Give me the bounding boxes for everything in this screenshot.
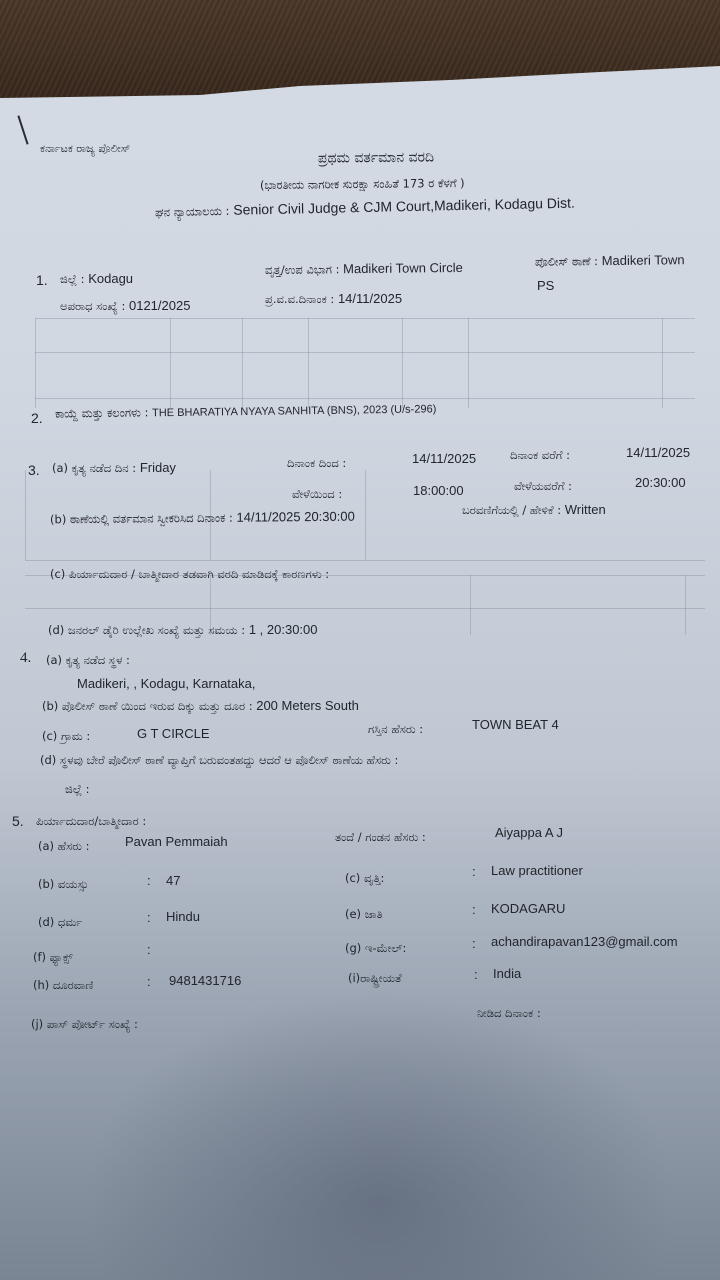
caste-colon: :: [472, 902, 476, 917]
fir-document: ಕರ್ನಾಟಕ ರಾಜ್ಯ ಪೊಲೀಸ್ ಪ್ರಥಮ ವರ್ತಮಾನ ವರದಿ …: [0, 0, 720, 1280]
religion-label: (d) ಧರ್ಮ: [38, 914, 82, 930]
crime-number-field: ಅಪರಾಧ ಸಂಖ್ಯೆ : 0121/2025: [60, 298, 190, 314]
district-value: Kodagu: [88, 271, 133, 286]
station-value: Madikeri Town: [602, 252, 685, 268]
circle-field: ವೃತ್ತ/ಉಪ ವಿಭಾಗ : Madikeri Town Circle: [265, 260, 463, 278]
age-label-text: (b) ವಯಸ್ಸು: [38, 877, 89, 891]
other-district-label: ಜಿಲ್ಲೆ :: [65, 782, 90, 797]
date-to-value: 14/11/2025: [626, 445, 690, 460]
name-value: Pavan Pemmaiah: [125, 834, 228, 849]
occupation-value: Law practitioner: [491, 863, 583, 878]
name-label-text: (a) ಹೆಸರು :: [38, 839, 89, 853]
incident-place-field: (a) ಕೃತ್ಯ ನಡೆದ ಸ್ಥಳ :: [46, 652, 130, 668]
bleed-grid-line: [25, 560, 705, 561]
bleed-grid-line: [470, 575, 471, 635]
section-3-number: 3.: [28, 462, 40, 478]
name-label: (a) ಹೆಸರು :: [38, 838, 89, 854]
nationality-label: (i)ರಾಷ್ಟ್ರೀಯತೆ: [348, 970, 402, 986]
court-label: ಘನ ನ್ಯಾಯಾಲಯ :: [155, 204, 230, 220]
father-name-label: ತಂದೆ / ಗಂಡನ ಹೆಸರು :: [335, 830, 426, 845]
bleed-grid-line: [25, 470, 26, 560]
date-from-label: ದಿನಾಂಕ ದಿಂದ :: [287, 456, 346, 471]
fir-date-label: ಪ್ರ.ವ.ವ.ದಿನಾಂಕ :: [265, 292, 338, 306]
bleed-grid-line: [365, 470, 366, 560]
time-to-value: 20:30:00: [635, 475, 686, 490]
other-station-field: (d) ಸ್ಥಳವು ಬೇರೆ ಪೊಲೀಸ್ ಠಾಣೆ ವ್ಯಾಪ್ತಿಗೆ ಬ…: [40, 752, 398, 768]
circle-label: ವೃತ್ತ/ಉಪ ವಿಭಾಗ :: [265, 262, 343, 277]
caste-label-text: (e) ಜಾತಿ: [345, 907, 383, 921]
court-value: Senior Civil Judge & CJM Court,Madikeri,…: [233, 195, 575, 218]
bleed-grid-line: [35, 318, 36, 408]
incident-place-value: Madikeri, , Kodagu, Karnataka,: [77, 676, 256, 691]
phone-value: 9481431716: [169, 973, 241, 988]
incident-place-label: (a) ಕೃತ್ಯ ನಡೆದ ಸ್ಥಳ :: [46, 653, 130, 667]
received-date-field: (b) ಠಾಣೆಯಲ್ಲಿ ವರ್ತಮಾನ ಸ್ವೀಕರಿಸಿದ ದಿನಾಂಕ …: [50, 509, 355, 528]
bleed-grid-line: [25, 608, 705, 609]
time-from-value: 18:00:00: [413, 483, 464, 498]
bleed-grid-line: [402, 318, 403, 408]
report-mode-value: Written: [565, 502, 606, 517]
section-5-number: 5.: [12, 813, 24, 829]
incident-day-field: (a) ಕೃತ್ಯ ನಡೆದ ದಿನ : Friday: [52, 460, 176, 476]
report-mode-field: ಬರವಣಿಗೆಯಲ್ಲಿ / ಹೇಳಿಕೆ : Written: [462, 502, 606, 518]
phone-label-text: (h) ದೂರವಾಣಿ: [33, 978, 93, 992]
time-from-label: ವೇಳೆಯಿಂದ :: [292, 487, 342, 502]
religion-colon: :: [147, 910, 151, 925]
bleed-grid-line: [662, 318, 663, 408]
circle-value: Madikeri Town Circle: [343, 260, 463, 276]
village-field: (c) ಗ್ರಾಮ :: [42, 728, 90, 744]
caste-label: (e) ಜಾತಿ: [345, 906, 383, 922]
bleed-grid-line: [35, 398, 695, 399]
received-date-value: 14/11/2025 20:30:00: [236, 509, 354, 525]
bleed-grid-line: [35, 318, 695, 319]
date-from-value: 14/11/2025: [412, 451, 476, 466]
passport-issued-date-label: ನೀಡಿದ ದಿನಾಂಕ :: [477, 1006, 541, 1021]
station-label: ಪೊಲೀಸ್ ಠಾಣೆ :: [535, 254, 602, 269]
village-label: (c) ಗ್ರಾಮ :: [42, 729, 90, 743]
occupation-colon: :: [472, 864, 476, 879]
beat-label: ಗಸ್ತಿನ ಹೆಸರು :: [368, 722, 423, 737]
complainant-heading: ಪಿರ್ಯಾದುದಾರ/ಬಾತ್ಮೀದಾರ :: [36, 814, 146, 829]
passport-label: (j) ಪಾಸ್ ಪೋರ್ಟ್ ಸಂಖ್ಯೆ :: [31, 1016, 138, 1032]
fir-date-field: ಪ್ರ.ವ.ವ.ದಿನಾಂಕ : 14/11/2025: [265, 291, 402, 307]
fax-colon: :: [147, 942, 151, 957]
email-label-text: (g) ಇ-ಮೇಲ್:: [345, 941, 406, 955]
crime-number-label: ಅಪರಾಧ ಸಂಖ್ಯೆ :: [60, 299, 129, 313]
district-field: ಜಿಲ್ಲೆ : Kodagu: [60, 271, 133, 287]
occupation-label: (c) ವೃತ್ತಿ:: [345, 870, 384, 886]
report-mode-label: ಬರವಣಿಗೆಯಲ್ಲಿ / ಹೇಳಿಕೆ :: [462, 503, 565, 517]
bleed-grid-line: [308, 318, 309, 408]
bleed-grid-line: [35, 352, 695, 353]
religion-value: Hindu: [166, 909, 200, 924]
caste-value: KODAGARU: [491, 901, 565, 916]
general-diary-field: (d) ಜನರಲ್ ಡೈರಿ ಉಲ್ಲೇಖ ಸಂಖ್ಯೆ ಮತ್ತು ಸಮಯ :…: [48, 622, 318, 638]
date-to-label: ದಿನಾಂಕ ವರೆಗೆ :: [510, 448, 570, 463]
bleed-grid-line: [685, 575, 686, 635]
pen-mark: [17, 115, 28, 144]
village-value: G T CIRCLE: [137, 726, 209, 741]
age-colon: :: [147, 873, 151, 888]
phone-label: (h) ದೂರವಾಣಿ: [33, 977, 93, 993]
section-4-number: 4.: [20, 650, 31, 667]
act-sections-field: ಕಾಯ್ದೆ ಮತ್ತು ಕಲಂಗಳು : THE BHARATIYA NYAY…: [55, 401, 437, 421]
subtitle-text: (ಭಾರತೀಯ ನಾಗರೀಕ ಸುರಕ್ಷಾ ಸಂಹಿತೆ 173 ರ ಕೆಳಗ…: [260, 176, 465, 192]
age-value: 47: [166, 873, 180, 888]
delay-reason-label: (c) ಪಿರ್ಯಾದುದಾರ / ಬಾತ್ಮೀದಾರ ತಡವಾಗಿ ವರದಿ …: [50, 567, 329, 581]
religion-label-text: (d) ಧರ್ಮ: [38, 915, 82, 929]
bleed-grid-line: [242, 318, 243, 408]
crime-number-value: 0121/2025: [129, 298, 190, 313]
time-to-label: ವೇಳೆಯವರೆಗೆ :: [514, 479, 572, 494]
station-value-continued: PS: [537, 278, 554, 293]
fax-label-text: (f) ಫ್ಯಾಕ್ಸ್: [33, 950, 73, 964]
direction-distance-value: 200 Meters South: [256, 698, 359, 713]
general-diary-value: 1 , 20:30:00: [249, 622, 318, 637]
age-label: (b) ವಯಸ್ಸು: [38, 876, 89, 892]
other-station-label: (d) ಸ್ಥಳವು ಬೇರೆ ಪೊಲೀಸ್ ಠಾಣೆ ವ್ಯಾಪ್ತಿಗೆ ಬ…: [40, 753, 398, 767]
incident-day-value: Friday: [140, 460, 176, 475]
document-title: ಪ್ರಥಮ ವರ್ತಮಾನ ವರದಿ: [318, 149, 434, 166]
passport-label-text: (j) ಪಾಸ್ ಪೋರ್ಟ್ ಸಂಖ್ಯೆ :: [31, 1017, 138, 1031]
nationality-label-text: (i)ರಾಷ್ಟ್ರೀಯತೆ: [348, 971, 402, 985]
nationality-value: India: [493, 966, 521, 981]
general-diary-label: (d) ಜನರಲ್ ಡೈರಿ ಉಲ್ಲೇಖ ಸಂಖ್ಯೆ ಮತ್ತು ಸಮಯ :: [48, 623, 249, 637]
email-colon: :: [472, 936, 476, 951]
district-label: ಜಿಲ್ಲೆ :: [60, 272, 88, 286]
direction-distance-field: (b) ಪೊಲೀಸ್ ಠಾಣೆ ಯಿಂದ ಇರುವ ದಿಕ್ಕು ಮತ್ತು ದ…: [42, 698, 359, 714]
nationality-colon: :: [474, 967, 478, 982]
act-sections-label: ಕಾಯ್ದೆ ಮತ್ತು ಕಲಂಗಳು :: [55, 405, 152, 420]
email-value: achandirapavan123@gmail.com: [491, 934, 678, 949]
email-label: (g) ಇ-ಮೇಲ್:: [345, 940, 406, 956]
court-line: ಘನ ನ್ಯಾಯಾಲಯ : Senior Civil Judge & CJM C…: [155, 195, 575, 221]
bleed-grid-line: [468, 318, 469, 408]
received-date-label: (b) ಠಾಣೆಯಲ್ಲಿ ವರ್ತಮಾನ ಸ್ವೀಕರಿಸಿದ ದಿನಾಂಕ …: [50, 511, 237, 527]
beat-value: TOWN BEAT 4: [472, 717, 559, 732]
fax-label: (f) ಫ್ಯಾಕ್ಸ್: [33, 949, 73, 965]
document-subtitle: (ಭಾರತೀಯ ನಾಗರೀಕ ಸುರಕ್ಷಾ ಸಂಹಿತೆ 173 ರ ಕೆಳಗ…: [260, 175, 465, 193]
direction-distance-label: (b) ಪೊಲೀಸ್ ಠಾಣೆ ಯಿಂದ ಇರುವ ದಿಕ್ಕು ಮತ್ತು ದ…: [42, 699, 256, 713]
father-name-value: Aiyappa A J: [495, 825, 563, 840]
section-1-number: 1.: [36, 272, 48, 288]
station-field: ಪೊಲೀಸ್ ಠಾಣೆ : Madikeri Town: [535, 252, 685, 270]
delay-reason-field: (c) ಪಿರ್ಯಾದುದಾರ / ಬಾತ್ಮೀದಾರ ತಡವಾಗಿ ವರದಿ …: [50, 566, 329, 582]
department-name: ಕರ್ನಾಟಕ ರಾಜ್ಯ ಪೊಲೀಸ್: [40, 142, 130, 156]
incident-day-label: (a) ಕೃತ್ಯ ನಡೆದ ದಿನ :: [52, 461, 140, 475]
section-2-number: 2.: [31, 410, 43, 426]
occupation-label-text: (c) ವೃತ್ತಿ:: [345, 871, 384, 885]
act-sections-value: THE BHARATIYA NYAYA SANHITA (BNS), 2023 …: [152, 403, 436, 419]
bleed-grid-line: [170, 318, 171, 408]
phone-colon: :: [147, 974, 151, 989]
fir-date-value: 14/11/2025: [338, 291, 402, 306]
